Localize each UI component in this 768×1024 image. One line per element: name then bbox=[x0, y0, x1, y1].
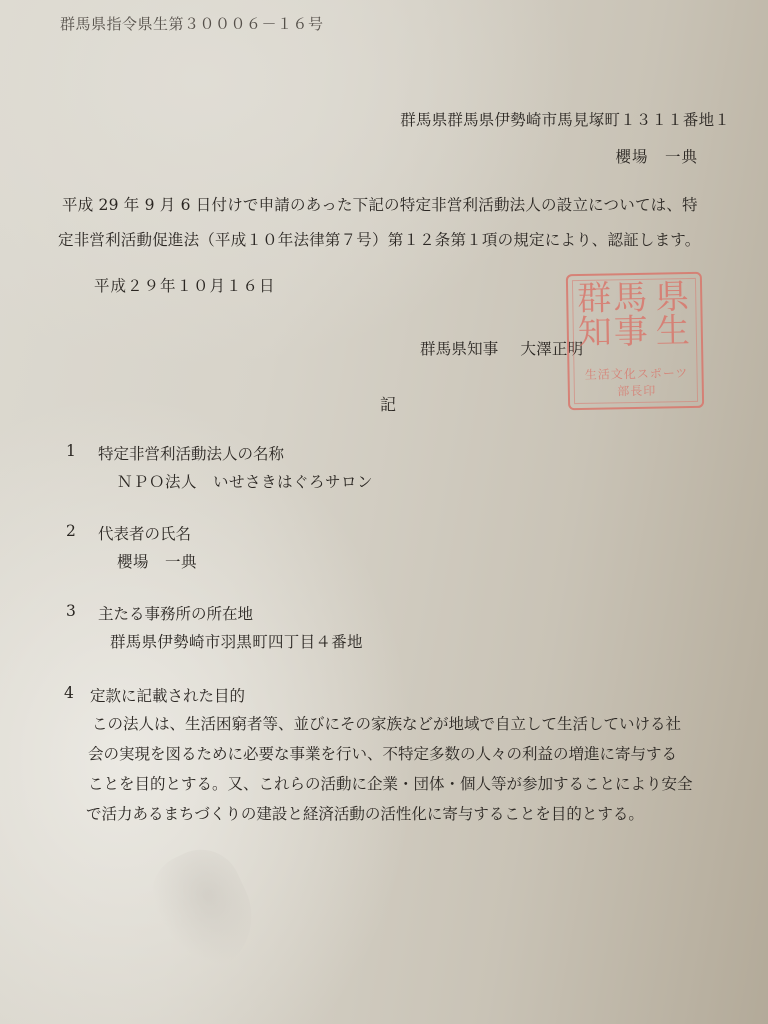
issue-date: 平成２９年１０月１６日 bbox=[94, 276, 276, 296]
ki-heading: 記 bbox=[380, 395, 396, 415]
certification-document: 群馬県指令県生第３０００６－１６号 群馬県群馬県伊勢崎市馬見塚町１３１１番地１ … bbox=[0, 0, 768, 1024]
official-seal: 県 生 馬 事 群 知 生活文化スポーツ部長印 bbox=[566, 272, 704, 410]
item-1-number: 1 bbox=[66, 442, 76, 460]
seal-column-1: 県 生 bbox=[652, 280, 693, 349]
body-text-line-1: 平成 29 年 9 月 6 日付けで申請のあった下記の特定非営利活動法人の設立に… bbox=[62, 195, 698, 215]
item-1-title: 特定非営利活動法人の名称 bbox=[98, 442, 284, 464]
addressee-address: 群馬県群馬県伊勢崎市馬見塚町１３１１番地１ bbox=[400, 110, 730, 130]
item-1-value: ＮＰＯ法人 いせさきはぐろサロン bbox=[117, 470, 373, 492]
seal-bottom-text: 生活文化スポーツ部長印 bbox=[579, 364, 694, 400]
issuer: 群馬県知事大澤正明 bbox=[420, 339, 583, 359]
item-4-purpose-line-1: この法人は、生活困窮者等、並びにその家族などが地域で自立して生活していける社 bbox=[92, 712, 681, 734]
item-3-title: 主たる事務所の所在地 bbox=[98, 602, 253, 624]
body-text-line-2: 定非営利活動促進法（平成１０年法律第７号）第１２条第１項の規定により、認証します… bbox=[58, 230, 700, 250]
item-3-value: 群馬県伊勢崎市羽黒町四丁目４番地 bbox=[110, 630, 363, 652]
item-4-purpose-line-3: ことを目的とする。又、これらの活動に企業・団体・個人等が参加することにより安全 bbox=[88, 772, 693, 794]
item-2-title: 代表者の氏名 bbox=[98, 522, 191, 544]
item-4-title: 定款に記載された目的 bbox=[90, 684, 245, 706]
item-2-value: 櫻場 一典 bbox=[117, 550, 197, 572]
paper-crease bbox=[139, 837, 271, 984]
document-number: 群馬県指令県生第３０００６－１６号 bbox=[60, 14, 324, 34]
item-4-purpose-line-2: 会の実現を図るために必要な事業を行い、不特定多数の人々の利益の増進に寄与する bbox=[88, 742, 677, 764]
item-3-number: 3 bbox=[66, 602, 76, 620]
issuer-title: 群馬県知事 bbox=[420, 340, 499, 358]
addressee-name: 櫻場 一典 bbox=[615, 147, 698, 167]
item-4-purpose-line-4: で活力あるまちづくりの建設と経済活動の活性化に寄与することを目的とする。 bbox=[86, 802, 644, 824]
item-4-number: 4 bbox=[64, 684, 74, 702]
seal-column-2: 馬 事 bbox=[610, 281, 651, 350]
item-2-number: 2 bbox=[66, 522, 76, 540]
seal-column-3: 群 知 bbox=[574, 281, 615, 350]
